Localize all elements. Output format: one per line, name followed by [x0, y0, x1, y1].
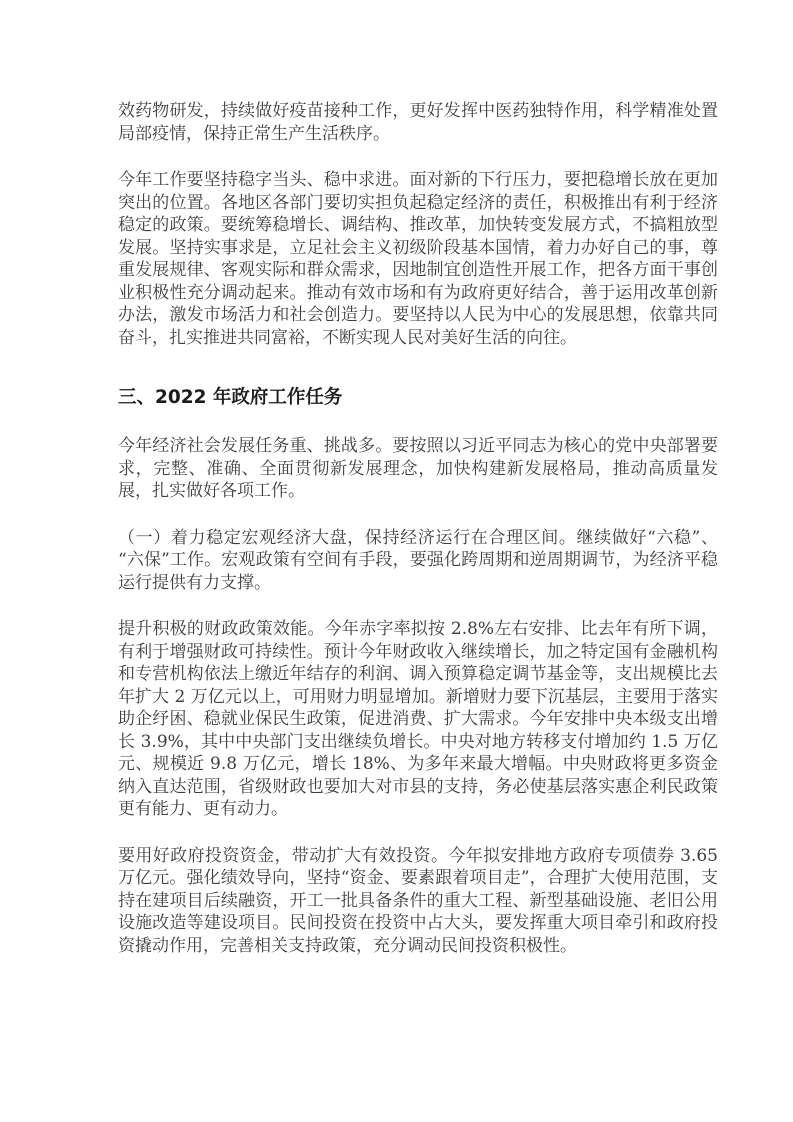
paragraph-overall-requirements: 今年经济社会发展任务重、挑战多。要按照以习近平同志为核心的党中央部署要求，完整、…: [118, 435, 718, 503]
paragraph-epidemic-control: 效药物研发，持续做好疫苗接种工作，更好发挥中医药独特作用，科学精准处置局部疫情，…: [118, 100, 718, 145]
section-heading-2022-tasks: 三、2022 年政府工作任务: [118, 385, 718, 411]
paragraph-stability-priority: 今年工作要坚持稳字当头、稳中求进。面对新的下行压力，要把稳增长放在更加突出的位置…: [118, 169, 718, 349]
document-page: 效药物研发，持续做好疫苗接种工作，更好发挥中医药独特作用，科学精准处置局部疫情，…: [0, 0, 793, 1122]
paragraph-macro-economy: （一）着力稳定宏观经济大盘，保持经济运行在合理区间。继续做好“六稳”、“六保”工…: [118, 527, 718, 595]
document-content: 效药物研发，持续做好疫苗接种工作，更好发挥中医药独特作用，科学精准处置局部疫情，…: [118, 100, 718, 957]
paragraph-fiscal-policy: 提升积极的财政政策效能。今年赤字率拟按 2.8%左右安排、比去年有所下调，有利于…: [118, 618, 718, 821]
paragraph-government-investment: 要用好政府投资资金，带动扩大有效投资。今年拟安排地方政府专项债券 3.65 万亿…: [118, 845, 718, 958]
